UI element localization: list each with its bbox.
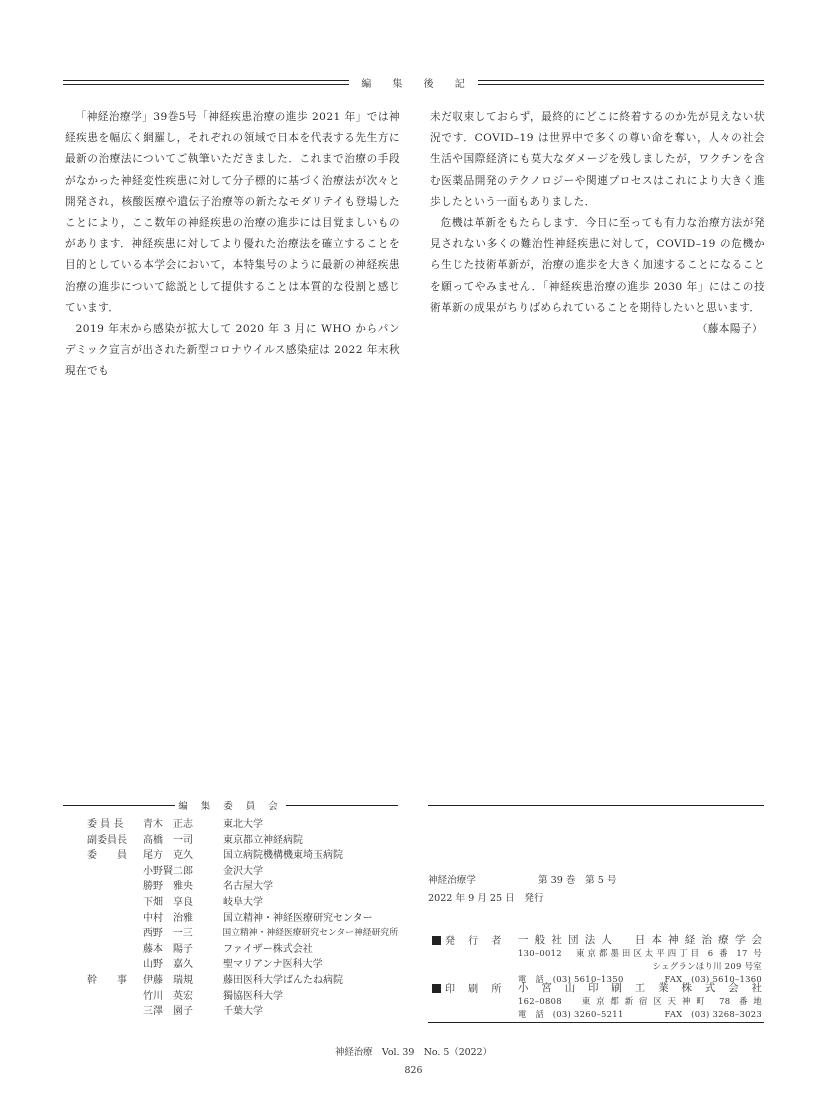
member-name: 藤本 陽子 bbox=[143, 942, 223, 958]
committee-member: 委 員 長 青木 正志 東北大学 bbox=[63, 817, 398, 833]
member-role bbox=[87, 989, 143, 1005]
member-name: 三澤 園子 bbox=[143, 1004, 223, 1020]
member-name: 西野 一三 bbox=[143, 926, 223, 942]
postscript-left-column: 「神経治療学」39巻5号「神経疾患治療の進歩 2021 年」では神経疾患を幅広く… bbox=[65, 107, 400, 383]
member-affiliation: 藤田医科大学ばんたね病院 bbox=[223, 973, 398, 989]
member-affiliation: 千葉大学 bbox=[223, 1004, 398, 1020]
member-role bbox=[87, 926, 143, 942]
publisher-name: 一般社団法人 日本神経治療学会 bbox=[518, 932, 762, 947]
committee-member: 中村 治雅 国立精神・神経医療研究センター bbox=[63, 911, 398, 927]
committee-member: 委 員 尾方 克久 国立病院機構機東埼玉病院 bbox=[63, 848, 398, 864]
printer-tel: 電 話 (03) 3260–5211 bbox=[518, 1008, 624, 1020]
editorial-committee: 編 集 委 員 会 委 員 長 青木 正志 東北大学 副委員長 高橋 一司 東京… bbox=[63, 798, 398, 1020]
member-name: 尾方 克久 bbox=[143, 848, 223, 864]
member-affiliation: 国立精神・神経医療研究センター神経研究所 bbox=[222, 926, 398, 942]
page-footer: 神経治療 Vol. 39 No. 5（2022） 826 bbox=[0, 1044, 827, 1080]
paragraph: 「神経治療学」39巻5号「神経疾患治療の進歩 2021 年」では神経疾患を幅広く… bbox=[65, 107, 400, 319]
member-role bbox=[87, 1004, 143, 1020]
committee-header: 編 集 委 員 会 bbox=[63, 798, 398, 812]
committee-member: 小野賢二郎 金沢大学 bbox=[63, 864, 398, 880]
journal-name: 神経治療学 bbox=[428, 872, 538, 886]
square-bullet-icon bbox=[432, 984, 441, 993]
double-rule-right bbox=[478, 80, 764, 85]
member-name: 竹川 英宏 bbox=[143, 989, 223, 1005]
member-affiliation: 聖マリアンナ医科大学 bbox=[223, 957, 398, 973]
publisher-label: 発 行 者 bbox=[432, 932, 506, 947]
member-role bbox=[87, 879, 143, 895]
section-title: 編 集 後 記 bbox=[349, 75, 478, 90]
committee-member: 藤本 陽子 ファイザー株式会社 bbox=[63, 942, 398, 958]
member-role bbox=[87, 911, 143, 927]
committee-member: 下畑 享良 岐阜大学 bbox=[63, 895, 398, 911]
double-rule-left bbox=[63, 80, 349, 85]
committee-member: 山野 嘉久 聖マリアンナ医科大学 bbox=[63, 957, 398, 973]
member-role bbox=[87, 895, 143, 911]
rule-right bbox=[286, 805, 398, 806]
member-role: 幹 事 bbox=[87, 973, 143, 989]
committee-member: 副委員長 高橋 一司 東京都立神経病院 bbox=[63, 833, 398, 849]
member-affiliation: 岐阜大学 bbox=[223, 895, 398, 911]
committee-member: 竹川 英宏 獨協医科大学 bbox=[63, 989, 398, 1005]
member-affiliation: 東北大学 bbox=[223, 817, 398, 833]
journal-citation: 神経治療 Vol. 39 No. 5（2022） bbox=[0, 1044, 827, 1062]
member-affiliation: 国立病院機構機東埼玉病院 bbox=[223, 848, 398, 864]
committee-member: 三澤 園子 千葉大学 bbox=[63, 1004, 398, 1020]
committee-member: 西野 一三 国立精神・神経医療研究センター神経研究所 bbox=[63, 926, 398, 942]
member-role bbox=[87, 864, 143, 880]
section-header: 編 集 後 記 bbox=[63, 75, 764, 89]
member-name: 伊藤 瑞規 bbox=[143, 973, 223, 989]
journal-line: 神経治療学 第 39 巻 第 5 号 bbox=[428, 872, 616, 886]
member-affiliation: 名古屋大学 bbox=[223, 879, 398, 895]
volume-issue: 第 39 巻 第 5 号 bbox=[538, 872, 616, 886]
member-affiliation: 獨協医科大学 bbox=[223, 989, 398, 1005]
committee-member: 幹 事 伊藤 瑞規 藤田医科大学ばんたね病院 bbox=[63, 973, 398, 989]
member-affiliation: 東京都立神経病院 bbox=[223, 833, 398, 849]
page-number: 826 bbox=[0, 1062, 827, 1080]
member-role: 委 員 長 bbox=[87, 817, 143, 833]
author-signature: （藤本陽子） bbox=[430, 319, 765, 340]
committee-title: 編 集 委 員 会 bbox=[175, 798, 286, 812]
square-bullet-icon bbox=[432, 936, 441, 945]
member-role bbox=[87, 957, 143, 973]
member-name: 中村 治雅 bbox=[143, 911, 223, 927]
paragraph: 2019 年末から感染が拡大して 2020 年 3 月に WHO からパンデミッ… bbox=[65, 319, 400, 383]
member-role bbox=[87, 942, 143, 958]
member-affiliation: ファイザー株式会社 bbox=[223, 942, 398, 958]
paragraph: 危機は革新をもたらします．今日に至っても有力な治療方法が発見されない多くの難治性… bbox=[430, 213, 765, 319]
printer-contact: 電 話 (03) 3260–5211 FAX (03) 3268–3023 bbox=[518, 1008, 762, 1020]
rule-left bbox=[63, 805, 175, 806]
member-role: 副委員長 bbox=[87, 833, 143, 849]
postscript-right-column: 未だ収束しておらず，最終的にどこに終着するのか先が見えない状況です．COVID–… bbox=[430, 107, 765, 340]
publisher-address: 130–0012 東京都墨田区太平四丁目 6 番 17 号 bbox=[518, 947, 762, 959]
member-name: 高橋 一司 bbox=[143, 833, 223, 849]
printer-name: 小宮山印刷工業株式会社 bbox=[518, 980, 762, 995]
bottom-rule bbox=[428, 1022, 764, 1023]
publication-info: 神経治療学 第 39 巻 第 5 号 2022 年 9 月 25 日 発行 発 … bbox=[428, 798, 764, 806]
member-name: 青木 正志 bbox=[143, 817, 223, 833]
top-rule bbox=[428, 805, 764, 806]
member-affiliation: 金沢大学 bbox=[223, 864, 398, 880]
member-name: 下畑 享良 bbox=[143, 895, 223, 911]
member-name: 山野 嘉久 bbox=[143, 957, 223, 973]
member-affiliation: 国立精神・神経医療研究センター bbox=[223, 911, 398, 927]
publisher-building: シェグランほり川 209 号室 bbox=[518, 960, 762, 972]
printer-address: 162–0808 東京都新宿区天神町 78 番地 bbox=[518, 995, 762, 1007]
member-name: 小野賢二郎 bbox=[143, 864, 223, 880]
member-role: 委 員 bbox=[87, 848, 143, 864]
paragraph: 未だ収束しておらず，最終的にどこに終着するのか先が見えない状況です．COVID–… bbox=[430, 107, 765, 213]
printer-fax: FAX (03) 3268–3023 bbox=[664, 1008, 762, 1020]
member-name: 勝野 雅央 bbox=[143, 879, 223, 895]
publication-date: 2022 年 9 月 25 日 発行 bbox=[428, 890, 544, 904]
printer-label: 印 刷 所 bbox=[432, 980, 506, 995]
committee-member: 勝野 雅央 名古屋大学 bbox=[63, 879, 398, 895]
